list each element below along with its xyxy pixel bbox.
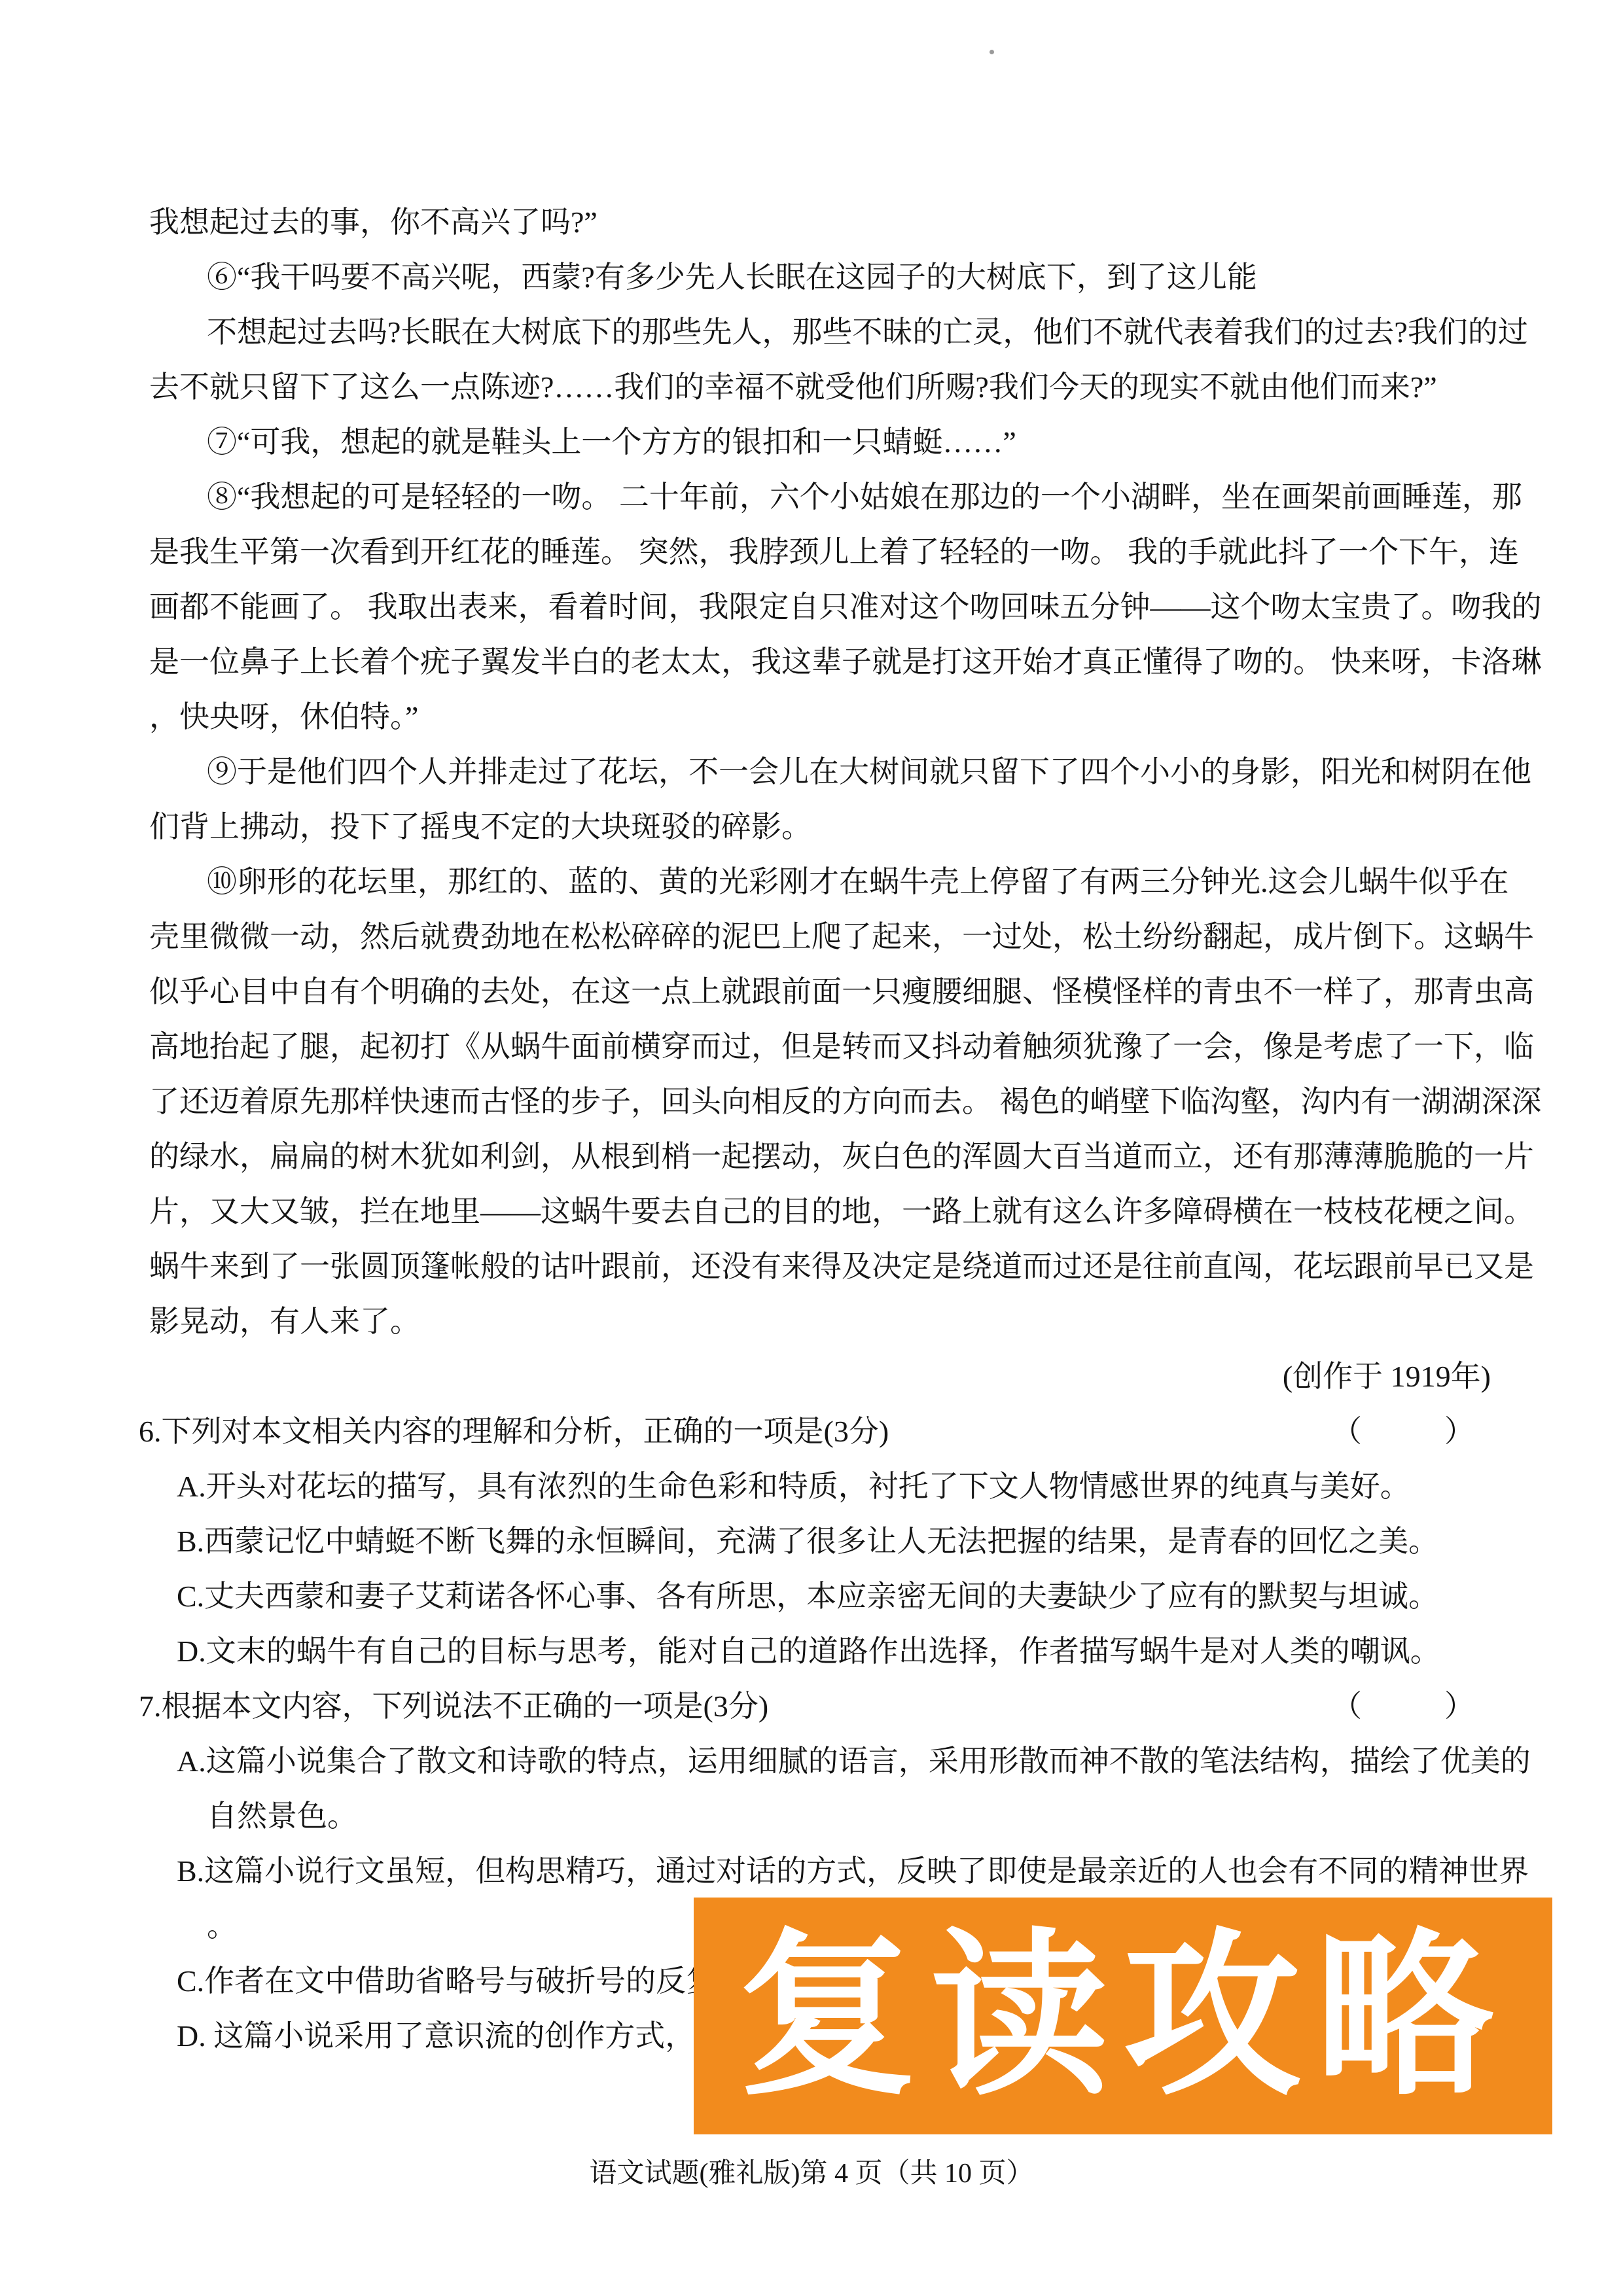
question-6-stem: 6.下列对本文相关内容的理解和分析，正确的一项是(3分) （ ） <box>137 1404 1556 1459</box>
text-line: 了还迈着原先那样快速而古怪的步子，回头向相反的方向而去。 褐色的峭壁下临沟壑，沟… <box>137 1074 1556 1129</box>
text-line: 不想起过去吗?长眠在大树底下的那些先人，那些不昧的亡灵，他们不就代表着我们的过去… <box>137 305 1556 360</box>
question-6-text: 6.下列对本文相关内容的理解和分析，正确的一项是(3分) <box>139 1415 889 1448</box>
text-line: 我想起过去的事，你不高兴了吗?” <box>137 195 1556 250</box>
text-line: 蜗牛来到了一张圆顶篷帐般的诂叶跟前，还没有来得及决定是绕道而过还是往前直闯，花坛… <box>137 1239 1556 1294</box>
text-line: ⑨于是他们四个人并排走过了花坛，不一会儿在大树间就只留下了四个小小的身影，阳光和… <box>137 745 1556 800</box>
question-7-option-b: B.这篇小说行文虽短，但构思精巧，通过对话的方式，反映了即使是最亲近的人也会有不… <box>137 1844 1556 1899</box>
text-line: 去不就只留下了这么一点陈迹?……我们的幸福不就受他们所赐?我们今天的现实不就由他… <box>137 360 1556 415</box>
creation-date-line: (创作于 1919年) <box>137 1349 1556 1404</box>
text-line: 似乎心目中自有个明确的去处，在这一点上就跟前面一只瘦腰细腿、怪模怪样的青虫不一样… <box>137 964 1556 1019</box>
text-line: 壳里微微一动，然后就费劲地在松松碎碎的泥巴上爬了起来，一过处，松土纷纷翻起，成片… <box>137 910 1556 964</box>
text-line: ，快央呀，休伯特。” <box>137 690 1556 745</box>
page-footer: 语文试题(雅礼版)第 4 页（共 10 页） <box>0 2154 1623 2193</box>
text-line: 影晃动，有人来了。 <box>137 1294 1556 1349</box>
text-line: 的绿水，扁扁的树木犹如利剑，从根到梢一起摆动，灰白色的浑圆大百当道而立，还有那薄… <box>137 1129 1556 1184</box>
answer-blank-q7: （ ） <box>1332 1679 1501 1734</box>
question-7-stem: 7.根据本文内容，下列说法不正确的一项是(3分) （ ） <box>137 1679 1556 1734</box>
answer-blank-q6: （ ） <box>1332 1404 1501 1459</box>
text-line: ⑦“可我，想起的就是鞋头上一个方方的银扣和一只蜻蜓……” <box>137 415 1556 470</box>
text-line: ⑩卵形的花坛里，那红的、蓝的、黄的光彩刚才在蜗牛壳上停留了有两三分钟光.这会儿蜗… <box>137 855 1556 910</box>
text-line: 片，又大又皱，拦在地里——这蜗牛要去自己的目的地，一路上就有这么许多障碍横在一枝… <box>137 1184 1556 1239</box>
question-7-option-a-cont: 自然景色。 <box>137 1789 1556 1844</box>
question-7-option-a: A.这篇小说集合了散文和诗歌的特点，运用细腻的语言，采用形散而神不散的笔法结构，… <box>137 1734 1556 1789</box>
question-6-option-d: D.文末的蜗牛有自己的目标与思考，能对自己的道路作出选择，作者描写蜗牛是对人类的… <box>137 1624 1556 1679</box>
stray-dot <box>990 50 994 54</box>
watermark-banner: 复读攻略 <box>694 1898 1552 2134</box>
text-line: 高地抬起了腿，起初打《从蜗牛面前横穿而过，但是转而又抖动着触须犹豫了一会，像是考… <box>137 1019 1556 1074</box>
text-line: ⑥“我干吗要不高兴呢，西蒙?有多少先人长眠在这园子的大树底下，到了这儿能 <box>137 250 1556 305</box>
text-line: 是一位鼻子上长着个疣子翼发半白的老太太，我这辈子就是打这开始才真正懂得了吻的。 … <box>137 635 1556 690</box>
question-6-option-b: B.西蒙记忆中蜻蜓不断飞舞的永恒瞬间，充满了很多让人无法把握的结果，是青春的回忆… <box>137 1514 1556 1569</box>
question-6-option-c: C.丈夫西蒙和妻子艾莉诺各怀心事、各有所思，本应亲密无间的夫妻缺少了应有的默契与… <box>137 1569 1556 1624</box>
text-line: 们背上拂动，投下了摇曳不定的大块斑驳的碎影。 <box>137 800 1556 855</box>
text-line: 画都不能画了。 我取出表来，看着时间，我限定自只准对这个吻回味五分钟——这个吻太… <box>137 580 1556 635</box>
question-6-option-a: A.开头对花坛的描写，具有浓烈的生命色彩和特质，衬托了下文人物情感世界的纯真与美… <box>137 1459 1556 1514</box>
text-line: 是我生平第一次看到开红花的睡莲。 突然，我脖颈儿上着了轻轻的一吻。 我的手就此抖… <box>137 525 1556 580</box>
document-page: 我想起过去的事，你不高兴了吗?” ⑥“我干吗要不高兴呢，西蒙?有多少先人长眠在这… <box>0 0 1623 2296</box>
text-line: ⑧“我想起的可是轻轻的一吻。 二十年前，六个小姑娘在那边的一个小湖畔，坐在画架前… <box>137 470 1556 525</box>
question-7-text: 7.根据本文内容，下列说法不正确的一项是(3分) <box>139 1689 768 1723</box>
exam-text-block: 我想起过去的事，你不高兴了吗?” ⑥“我干吗要不高兴呢，西蒙?有多少先人长眠在这… <box>137 195 1556 2064</box>
